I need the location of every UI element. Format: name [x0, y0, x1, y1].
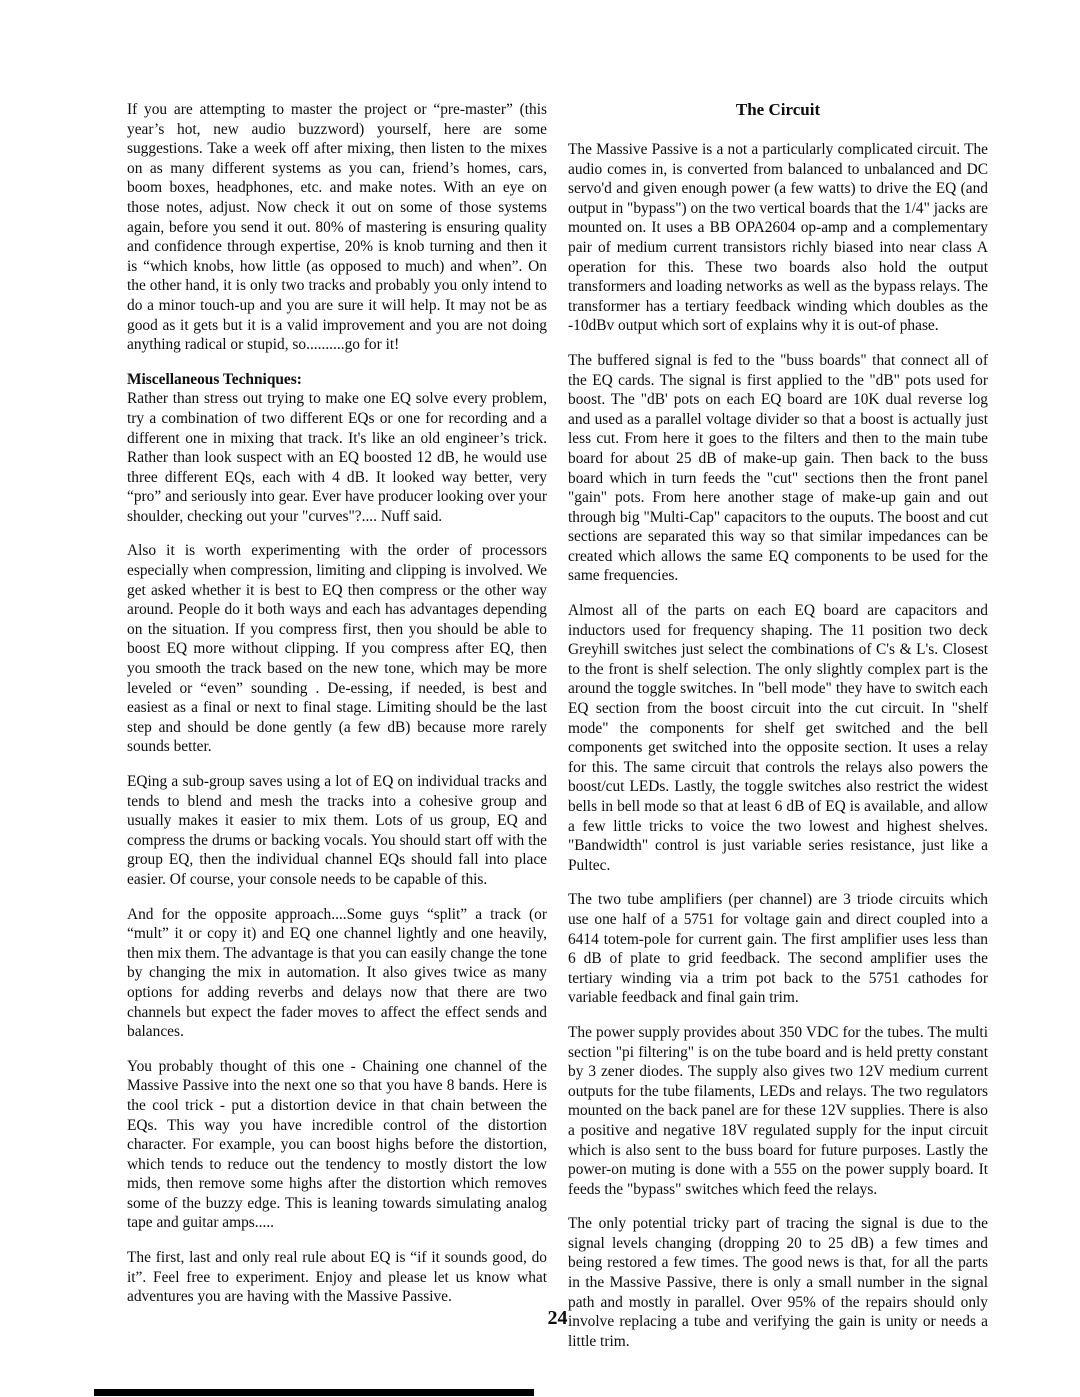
paragraph-multiple-eqs: Rather than stress out trying to make on… — [127, 389, 547, 526]
paragraph-buss-boards: The buffered signal is fed to the "buss … — [568, 351, 988, 586]
paragraph-processor-order: Also it is worth experimenting with the … — [127, 541, 547, 757]
paragraph-chaining-channels: You probably thought of this one - Chain… — [127, 1057, 547, 1233]
paragraph-split-track: And for the opposite approach....Some gu… — [127, 905, 547, 1042]
paragraph-eq-board-parts: Almost all of the parts on each EQ board… — [568, 601, 988, 875]
paragraph-power-supply: The power supply provides about 350 VDC … — [568, 1023, 988, 1199]
right-column: The Circuit The Massive Passive is a not… — [568, 100, 988, 1351]
paragraph-only-rule: The first, last and only real rule about… — [127, 1248, 547, 1307]
document-page: If you are attempting to master the proj… — [0, 0, 1080, 1397]
section-heading-miscellaneous-techniques: Miscellaneous Techniques: — [127, 370, 547, 390]
scan-artifact-bar — [94, 1389, 534, 1396]
paragraph-signal-tracing: The only potential tricky part of tracin… — [568, 1214, 988, 1351]
paragraph-circuit-overview: The Massive Passive is a not a particula… — [568, 140, 988, 336]
paragraph-mastering-suggestions: If you are attempting to master the proj… — [127, 100, 547, 355]
paragraph-tube-amplifiers: The two tube amplifiers (per channel) ar… — [568, 890, 988, 1008]
paragraph-subgroup-eq: EQing a sub-group saves using a lot of E… — [127, 772, 547, 890]
section-heading-the-circuit: The Circuit — [568, 100, 988, 120]
left-column: If you are attempting to master the proj… — [127, 100, 547, 1307]
page-number: 24 — [127, 1307, 988, 1330]
